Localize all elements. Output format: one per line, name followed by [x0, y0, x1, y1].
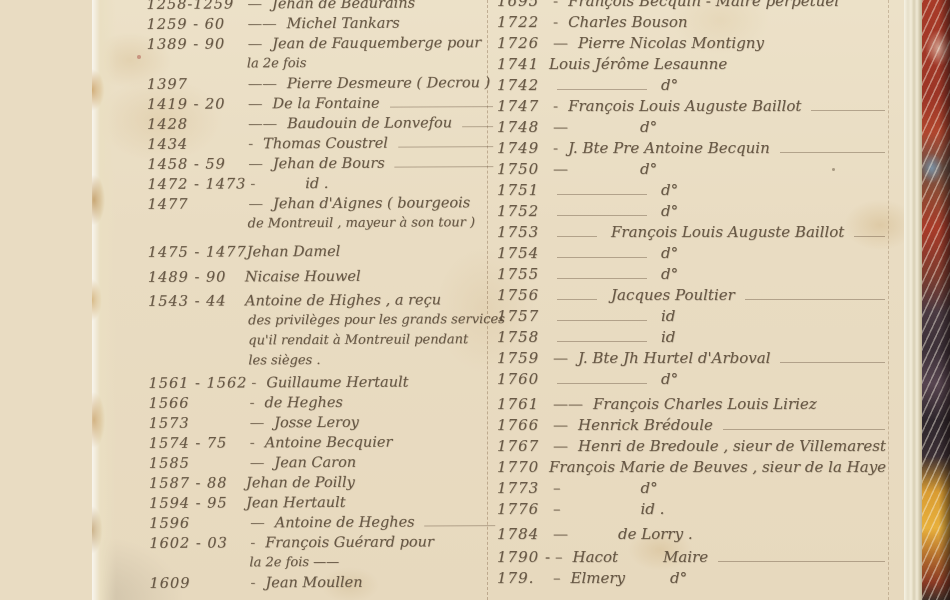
ledger-entry: 1766—Henrick Brédoule [497, 415, 889, 436]
trailing-flourish-line [718, 561, 885, 562]
torn-deckled-page-edge [92, 0, 118, 600]
ditto-line [557, 320, 647, 321]
ditto-line [557, 383, 647, 384]
entry-dash: — [553, 415, 568, 436]
entry-year: 179. [497, 568, 549, 589]
ledger-entry: 1472 - 1473-id . [147, 173, 497, 195]
entry-year: 1585 [149, 453, 246, 474]
ditto-line [557, 278, 647, 279]
entry-name: d° [661, 180, 678, 201]
trailing-flourish-line [395, 166, 494, 168]
ledger-entry: 1755d° [497, 264, 889, 285]
entry-year: 1766 [497, 415, 549, 436]
entry-year: 1587 - 88 [149, 473, 246, 494]
entry-year: 1722 [497, 12, 549, 33]
entry-name: Elmery [571, 568, 626, 589]
entry-name: Jehan d'Aignes ( bourgeois [273, 193, 470, 214]
entry-dash: - [250, 393, 255, 413]
entry-name: Baudouin de Lonvefou [287, 113, 452, 134]
ledger-entry: 1566-de Heghes [149, 392, 499, 414]
entry-year: 1773 [497, 478, 549, 499]
ledger-entry: 1573—Josse Leroy [149, 412, 499, 434]
ledger-entry: 1587 - 88Jehan de Poilly [149, 472, 499, 494]
entry-name: de Lorry . [618, 524, 693, 545]
entry-year: 1749 [497, 138, 549, 159]
entry-name: François Louis Auguste Baillot [611, 222, 844, 243]
entry-name: d° [661, 369, 678, 390]
entry-year: 1258-1259 [146, 0, 243, 15]
entry-year: 1759 [497, 348, 549, 369]
entry-dash: — [248, 34, 263, 54]
entry-dash: - [251, 373, 256, 393]
entry-dash: – [553, 568, 561, 589]
entry-year: 1489 - 90 [148, 267, 245, 288]
ledger-entry: 1722-Charles Bouson [497, 12, 889, 33]
trailing-flourish-line [854, 236, 885, 237]
entry-dash: - [553, 96, 558, 117]
entry-year: 1428 [147, 114, 244, 135]
entry-name: Antoine de Highes , a reçu [245, 290, 441, 311]
entry-name: id . [641, 499, 665, 520]
ledger-entry: 1747-François Louis Auguste Baillot [497, 96, 889, 117]
entry-name: Hacot [573, 547, 618, 568]
entry-name: Guillaume Hertault [266, 373, 408, 394]
entry-dash: — [247, 0, 262, 14]
ledger-entry: 1397——Pierre Desmeure ( Decrou ) [147, 73, 497, 95]
entry-year: 1760 [497, 369, 549, 390]
ledger-entry: 1760d° [497, 369, 889, 390]
ledger-entry: 1770François Marie de Beuves , sieur de … [497, 457, 889, 478]
ledger-entry: 1761——François Charles Louis Liriez [497, 394, 889, 415]
entry-name: id [661, 306, 675, 327]
entry-name: Nicaise Houwel [245, 267, 361, 288]
entry-year: 1573 [149, 413, 246, 434]
trailing-flourish-line [780, 152, 885, 153]
trailing-flourish-line [723, 429, 885, 430]
entry-year: 1741 [497, 54, 549, 75]
entry-name: François Becquin - Maire perpétuel [568, 0, 839, 12]
ledger-entry: 1752d° [497, 201, 889, 222]
ledger-entry: 1695-François Becquin - Maire perpétuel [497, 0, 889, 12]
entry-name: Jean de Fauquemberge pour [272, 33, 481, 54]
ledger-entry: 1751d° [497, 180, 889, 201]
ledger-entry: 1475 - 1477Jehan Damel [148, 241, 498, 263]
entry-dash: — [553, 33, 568, 54]
ledger-entry: 1757id [497, 306, 889, 327]
entry-dash: —— [248, 14, 277, 34]
entry-year: 1753 [497, 222, 549, 243]
entry-dash: —— [248, 114, 277, 134]
entry-year: 1543 - 44 [148, 291, 245, 312]
ledger-entry: 1596—Antoine de Heghes [149, 512, 499, 534]
entry-dash: — [248, 154, 263, 174]
entry-year: 1695 [497, 0, 549, 12]
entry-name: Henrick Brédoule [578, 415, 713, 436]
ledger-entry: 1754d° [497, 243, 889, 264]
entry-year: 1477 [147, 194, 244, 215]
entry-name: d° [661, 243, 678, 264]
ledger-entry: 1753François Louis Auguste Baillot [497, 222, 889, 243]
entry-dash: —— [553, 394, 583, 415]
ledger-entry: 1759—J. Bte Jh Hurtel d'Arboval [497, 348, 889, 369]
entry-name: J. Bte Pre Antoine Becquin [568, 138, 770, 159]
entry-name: Michel Tankars [287, 14, 400, 35]
entry-name: Jean Caron [274, 453, 356, 473]
entry-year: 1758 [497, 327, 549, 348]
entry-year: 1767 [497, 436, 549, 457]
ledger-entry: 1259 - 60——Michel Tankars [147, 13, 497, 35]
entry-dash: - [250, 533, 255, 553]
entry-name: François Guérard pour [265, 532, 434, 553]
entry-name: id . [305, 174, 328, 194]
ditto-line [557, 215, 647, 216]
entry-name: Jean Hertault [246, 493, 346, 514]
entry-dash: - [553, 12, 558, 33]
entry-name-suffix: d° [670, 568, 687, 589]
entry-name: Jehan de Beaurains [272, 0, 415, 14]
ditto-line [557, 194, 647, 195]
entry-name: d° [661, 201, 678, 222]
entry-name: d° [661, 75, 678, 96]
entry-year: 1742 [497, 75, 549, 96]
ledger-entry: 1477—Jehan d'Aignes ( bourgeois [147, 193, 497, 215]
ledger-entry: 1609-Jean Moullen [149, 572, 499, 594]
entry-year: 1776 [497, 499, 549, 520]
entry-name: De la Fontaine [272, 94, 379, 115]
ditto-line [557, 299, 597, 300]
ledger-entry: 1726—Pierre Nicolas Montigny [497, 33, 889, 54]
entry-note: des privilèges pour les grands services [248, 310, 498, 331]
entry-dash: — [250, 453, 265, 473]
ledger-entry: 1767—Henri de Bredoule , sieur de Villem… [497, 436, 889, 457]
entry-name: Charles Bouson [568, 12, 688, 33]
ledger-entry: 1594 - 95Jean Hertault [149, 492, 499, 514]
entry-year: 1602 - 03 [149, 533, 246, 554]
entry-name: J. Bte Jh Hurtel d'Arboval [578, 348, 770, 369]
entry-dash: — [553, 524, 568, 545]
entry-name: François Marie de Beuves , sieur de la H… [549, 457, 886, 478]
entry-dash: - [553, 138, 558, 159]
entry-name: d° [640, 159, 657, 180]
entry-year: 1748 [497, 117, 549, 138]
entry-dash: — [250, 413, 265, 433]
ledger-entry: 1561 - 1562-Guillaume Hertault [148, 372, 498, 394]
entry-note: la 2e fois —— [249, 552, 499, 573]
entry-year: 1596 [149, 513, 246, 534]
entry-dash: - [553, 0, 558, 12]
entry-year: 1726 [497, 33, 549, 54]
entry-name: Antoine Becquier [265, 433, 393, 454]
ledger-entry: 1585—Jean Caron [149, 452, 499, 474]
entry-year: 1757 [497, 306, 549, 327]
ledger-entry: 1790 -–HacotMaire [497, 547, 889, 568]
ledger-entry: 1389 - 90—Jean de Fauquemberge pour [147, 33, 497, 55]
entry-note: la 2e fois [247, 53, 497, 74]
ledger-entry: 1773–d° [497, 478, 889, 499]
entry-year: 1770 [497, 457, 549, 478]
entry-year: 1566 [149, 393, 246, 414]
entry-name: d° [661, 264, 678, 285]
manuscript-photo: 1258-1259—Jehan de Beaurains1259 - 60——M… [0, 0, 950, 600]
entry-year: 1747 [497, 96, 549, 117]
ledger-entry: 1741Louis Jérôme Lesaunne [497, 54, 889, 75]
entry-dash: - [250, 433, 255, 453]
entry-name: Thomas Coustrel [263, 134, 388, 155]
entry-dash: — [553, 159, 568, 180]
ledger-entry: 1756Jacques Poultier [497, 285, 889, 306]
ledger-column-right: 1695-François Becquin - Maire perpétuel1… [497, 0, 889, 589]
entry-dash: — [248, 94, 263, 114]
stacked-page-edges [904, 0, 922, 600]
entry-year: 1755 [497, 264, 549, 285]
entry-name: Josse Leroy [274, 413, 359, 433]
entry-name-suffix: Maire [663, 547, 708, 568]
ledger-entry: 1742d° [497, 75, 889, 96]
entry-dash: — [553, 348, 568, 369]
trailing-flourish-line [462, 126, 493, 127]
ditto-line [557, 236, 597, 237]
entry-dash: - [248, 134, 253, 154]
ledger-entry: 1574 - 75-Antoine Becquier [149, 432, 499, 454]
entry-name: d° [641, 478, 658, 499]
ledger-entry: 1434-Thomas Coustrel [147, 133, 497, 155]
entry-dash: – [553, 478, 561, 499]
entry-name: Jehan de Poilly [246, 473, 355, 494]
ledger-entry: 179.–Elmeryd° [497, 568, 889, 589]
ledger-entry: 1602 - 03-François Guérard pour [149, 532, 499, 554]
trailing-flourish-line [745, 299, 885, 300]
entry-year: 1790 - [497, 547, 551, 568]
entry-name: Pierre Desmeure ( Decrou ) [287, 73, 490, 94]
entry-name: François Charles Louis Liriez [593, 394, 817, 415]
entry-name: Antoine de Heghes [275, 513, 415, 534]
entry-year: 1472 - 1473 [147, 174, 246, 195]
entry-year: 1751 [497, 180, 549, 201]
entry-dash: - [250, 573, 255, 593]
entry-dash: — [248, 194, 263, 214]
entry-year: 1475 - 1477 [148, 242, 247, 263]
entry-name: François Louis Auguste Baillot [568, 96, 801, 117]
entry-year: 1761 [497, 394, 549, 415]
entry-dash: – [553, 499, 561, 520]
trailing-flourish-line [425, 525, 496, 526]
ledger-entry: 1489 - 90Nicaise Houwel [148, 266, 498, 288]
ledger-entry: 1543 - 44Antoine de Highes , a reçu [148, 290, 498, 312]
ledger-entry: 1748—d° [497, 117, 889, 138]
book-gutter-left-page-edge [0, 0, 92, 600]
entry-name: Pierre Nicolas Montigny [578, 33, 764, 54]
trailing-flourish-line [398, 146, 493, 147]
entry-name: Louis Jérôme Lesaunne [549, 54, 727, 75]
entry-dash: – [555, 547, 563, 568]
entry-dash: — [553, 117, 568, 138]
entry-name: Jacques Poultier [611, 285, 735, 306]
entry-year: 1259 - 60 [147, 14, 244, 35]
entry-note: qu'il rendait à Montreuil pendant [248, 330, 498, 351]
entry-note: de Montreuil , mayeur à son tour ) [248, 213, 498, 234]
entry-year: 1561 - 1562 [148, 373, 247, 394]
ditto-line [557, 89, 647, 90]
entry-name: Jean Moullen [265, 573, 362, 594]
entry-year: 1389 - 90 [147, 34, 244, 55]
entry-note: les sièges . [248, 350, 498, 371]
entry-year: 1434 [147, 134, 244, 155]
trailing-flourish-line [390, 106, 493, 108]
marbled-cover-edge [922, 0, 950, 600]
entry-year: 1594 - 95 [149, 493, 246, 514]
ledger-entry: 1458 - 59—Jehan de Bours [147, 153, 497, 175]
trailing-flourish-line [780, 362, 885, 363]
ledger-entry: 1428——Baudouin de Lonvefou [147, 113, 497, 135]
entry-name: de Heghes [264, 393, 342, 413]
entry-name: id [661, 327, 675, 348]
entry-year: 1784 [497, 524, 549, 545]
ditto-line [557, 341, 647, 342]
ledger-entry: 1758id [497, 327, 889, 348]
entry-name: Jehan Damel [247, 242, 341, 262]
entry-year: 1609 [149, 573, 246, 594]
entry-year: 1419 - 20 [147, 94, 244, 115]
entry-dash: —— [248, 74, 277, 94]
entry-year: 1756 [497, 285, 549, 306]
entry-dash: - [250, 174, 255, 194]
entry-name: Henri de Bredoule , sieur de Villemarest [578, 436, 886, 457]
paper-speck [137, 55, 141, 59]
entry-year: 1574 - 75 [149, 433, 246, 454]
ledger-entry: 1776–id . [497, 499, 889, 520]
entry-year: 1397 [147, 74, 244, 95]
entry-year: 1458 - 59 [147, 154, 244, 175]
entry-year: 1752 [497, 201, 549, 222]
entry-name: Jehan de Bours [273, 154, 385, 175]
entry-year: 1750 [497, 159, 549, 180]
ledger-column-left: 1258-1259—Jehan de Beaurains1259 - 60——M… [146, 0, 499, 594]
entry-name: d° [640, 117, 657, 138]
ledger-entry: 1750—d° [497, 159, 889, 180]
trailing-flourish-line [811, 110, 885, 111]
ditto-line [557, 257, 647, 258]
ledger-entry: 1784—de Lorry . [497, 524, 889, 545]
entry-dash: — [553, 436, 568, 457]
entry-year: 1754 [497, 243, 549, 264]
entry-dash: — [250, 513, 265, 533]
ledger-entry: 1749-J. Bte Pre Antoine Becquin [497, 138, 889, 159]
ledger-entry: 1419 - 20—De la Fontaine [147, 93, 497, 115]
